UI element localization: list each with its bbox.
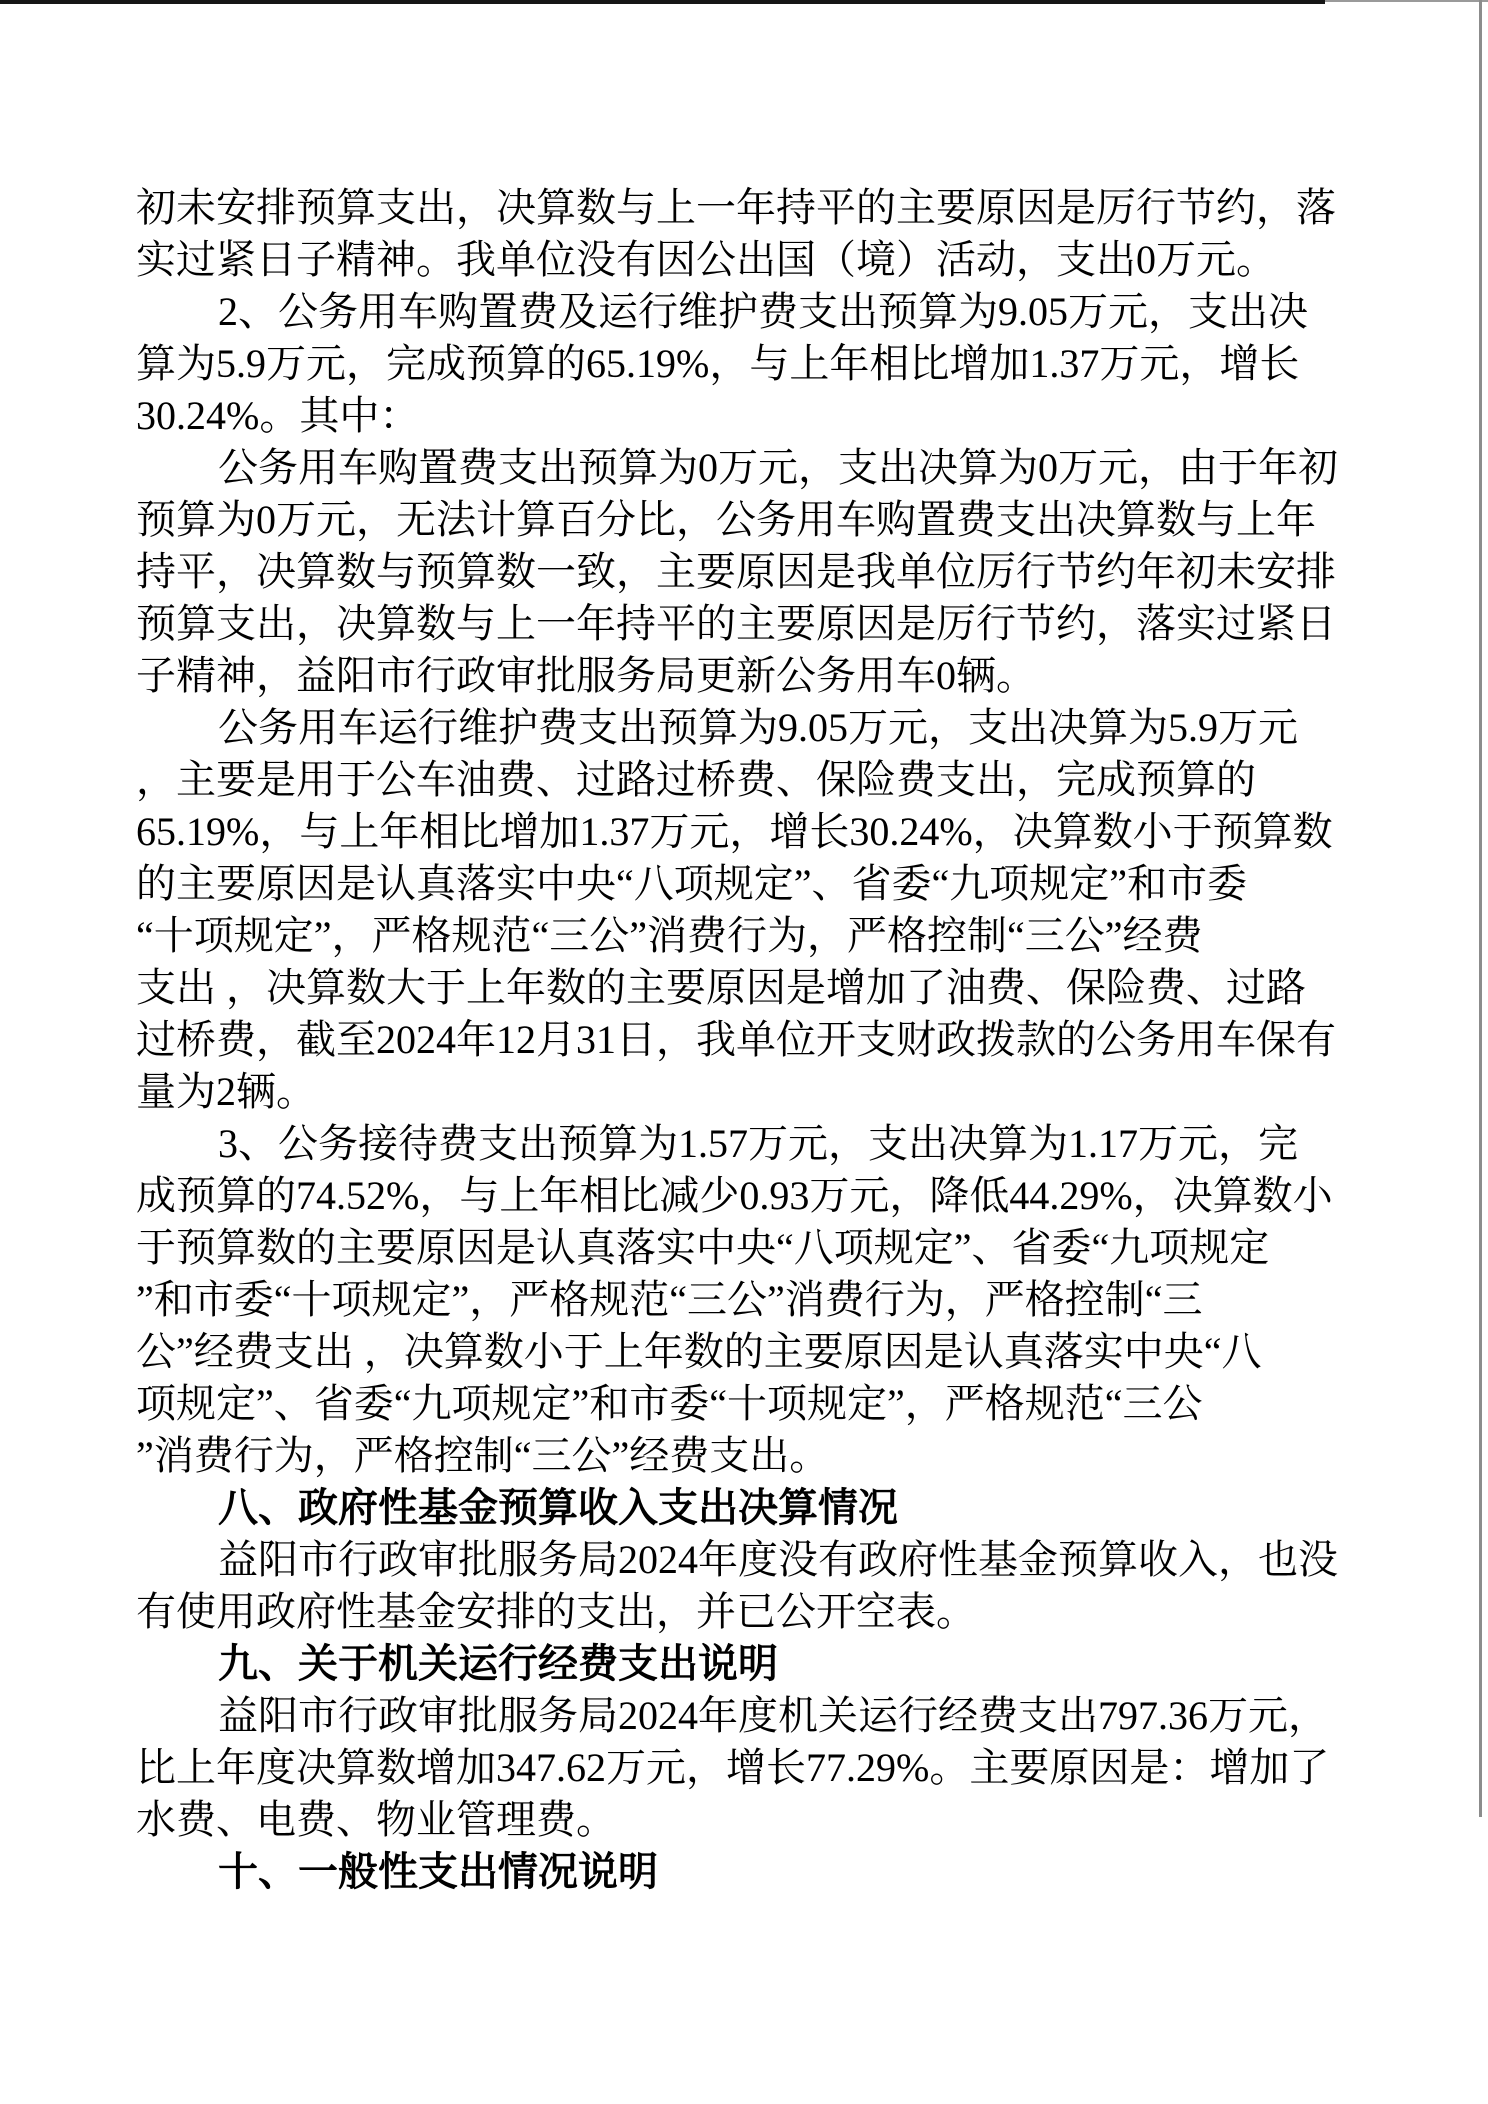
section-heading: 十、一般性支出情况说明 bbox=[136, 1846, 1436, 1898]
text-line: 过桥费，截至2024年12月31日，我单位开支财政拨款的公务用车保有 bbox=[136, 1014, 1436, 1066]
text-line: 子精神，益阳市行政审批服务局更新公务用车0辆。 bbox=[136, 650, 1436, 702]
text-line: 有使用政府性基金安排的支出，并已公开空表。 bbox=[136, 1586, 1436, 1638]
right-edge-line bbox=[1479, 0, 1482, 1817]
text-line: 益阳市行政审批服务局2024年度没有政府性基金预算收入，也没 bbox=[136, 1534, 1436, 1586]
text-line: 65.19%，与上年相比增加1.37万元，增长30.24%，决算数小于预算数 bbox=[136, 806, 1436, 858]
text-line: 算为5.9万元，完成预算的65.19%，与上年相比增加1.37万元，增长 bbox=[136, 338, 1436, 390]
top-edge-bar bbox=[0, 0, 1325, 4]
text-line: ，主要是用于公车油费、过路过桥费、保险费支出，完成预算的 bbox=[136, 754, 1436, 806]
document-body: 初未安排预算支出，决算数与上一年持平的主要原因是厉行节约，落实过紧日子精神。我单… bbox=[136, 182, 1436, 1898]
text-line: 的主要原因是认真落实中央“八项规定”、省委“九项规定”和市委 bbox=[136, 858, 1436, 910]
text-line: 初未安排预算支出，决算数与上一年持平的主要原因是厉行节约，落 bbox=[136, 182, 1436, 234]
text-line: 实过紧日子精神。我单位没有因公出国（境）活动，支出0万元。 bbox=[136, 234, 1436, 286]
text-line: 成预算的74.52%，与上年相比减少0.93万元，降低44.29%，决算数小 bbox=[136, 1170, 1436, 1222]
text-line: 水费、电费、物业管理费。 bbox=[136, 1794, 1436, 1846]
text-line: ”和市委“十项规定”，严格规范“三公”消费行为，严格控制“三 bbox=[136, 1274, 1436, 1326]
text-line: “十项规定”，严格规范“三公”消费行为，严格控制“三公”经费 bbox=[136, 910, 1436, 962]
document-page: 初未安排预算支出，决算数与上一年持平的主要原因是厉行节约，落实过紧日子精神。我单… bbox=[0, 0, 1488, 2104]
section-heading: 九、关于机关运行经费支出说明 bbox=[136, 1638, 1436, 1690]
text-line: 公务用车购置费支出预算为0万元，支出决算为0万元，由于年初 bbox=[136, 442, 1436, 494]
text-line: 2、公务用车购置费及运行维护费支出预算为9.05万元，支出决 bbox=[136, 286, 1436, 338]
text-line: 量为2辆。 bbox=[136, 1066, 1436, 1118]
text-line: 公务用车运行维护费支出预算为9.05万元，支出决算为5.9万元 bbox=[136, 702, 1436, 754]
text-line: 于预算数的主要原因是认真落实中央“八项规定”、省委“九项规定 bbox=[136, 1222, 1436, 1274]
text-line: 预算支出，决算数与上一年持平的主要原因是厉行节约，落实过紧日 bbox=[136, 598, 1436, 650]
text-line: 30.24%。其中： bbox=[136, 390, 1436, 442]
text-line: 比上年度决算数增加347.62万元，增长77.29%。主要原因是：增加了 bbox=[136, 1742, 1436, 1794]
text-line: ”消费行为，严格控制“三公”经费支出。 bbox=[136, 1430, 1436, 1482]
text-line: 项规定”、省委“九项规定”和市委“十项规定”，严格规范“三公 bbox=[136, 1378, 1436, 1430]
text-line: 益阳市行政审批服务局2024年度机关运行经费支出797.36万元， bbox=[136, 1690, 1436, 1742]
text-line: 3、公务接待费支出预算为1.57万元，支出决算为1.17万元，完 bbox=[136, 1118, 1436, 1170]
text-line: 预算为0万元，无法计算百分比，公务用车购置费支出决算数与上年 bbox=[136, 494, 1436, 546]
text-line: 支出 ，决算数大于上年数的主要原因是增加了油费、保险费、过路 bbox=[136, 962, 1436, 1014]
text-line: 持平，决算数与预算数一致，主要原因是我单位厉行节约年初未安排 bbox=[136, 546, 1436, 598]
section-heading: 八、政府性基金预算收入支出决算情况 bbox=[136, 1482, 1436, 1534]
text-line: 公”经费支出 ，决算数小于上年数的主要原因是认真落实中央“八 bbox=[136, 1326, 1436, 1378]
